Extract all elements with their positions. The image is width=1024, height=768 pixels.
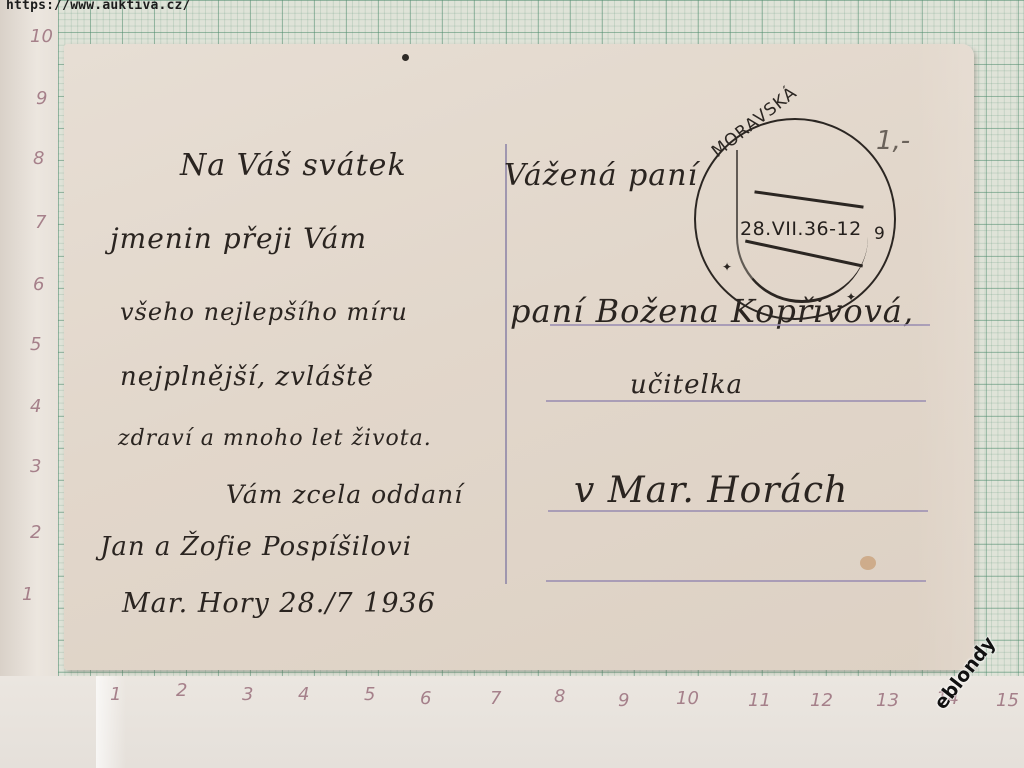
ruler-number: 9 bbox=[36, 88, 47, 109]
address-line bbox=[546, 400, 926, 402]
ruler-number: 3 bbox=[30, 456, 41, 477]
ruler-number: 8 bbox=[33, 148, 44, 169]
message-line: všeho nejlepšího míru bbox=[120, 298, 408, 326]
ruler-number: 2 bbox=[176, 680, 187, 701]
backing-sheet-bottom bbox=[0, 676, 1024, 768]
message-line: Na Váš svátek bbox=[180, 148, 407, 183]
ruler-number: 7 bbox=[35, 212, 46, 233]
ruler-number: 10 bbox=[676, 688, 699, 709]
ruler-number: 9 bbox=[618, 690, 629, 711]
star-icon: ✦ bbox=[722, 260, 732, 274]
ruler-number: 13 bbox=[876, 690, 899, 711]
address-salutation: Vážená paní bbox=[504, 158, 698, 193]
address-town: v Mar. Horách bbox=[574, 470, 848, 511]
postcard: Na Váš svátek jmenin přeji Vám všeho nej… bbox=[64, 44, 974, 670]
ruler-number: 6 bbox=[420, 688, 431, 709]
signature-greeting: Vám zcela oddaní bbox=[226, 480, 463, 509]
pin-hole bbox=[402, 54, 409, 61]
backing-sheet-left bbox=[0, 0, 62, 768]
ruler-number: 7 bbox=[490, 688, 501, 709]
stain-mark bbox=[860, 556, 876, 570]
address-line bbox=[548, 510, 928, 512]
message-line: nejplnější, zvláště bbox=[120, 362, 374, 392]
message-line: jmenin přeji Vám bbox=[110, 222, 367, 255]
postmark-date: 28.VII.36-12 bbox=[740, 218, 862, 240]
ruler-number: 4 bbox=[298, 684, 309, 705]
ruler-number: 10 bbox=[30, 26, 53, 47]
place-date: Mar. Hory 28./7 1936 bbox=[122, 588, 436, 619]
address-line bbox=[550, 324, 930, 326]
ruler-number: 5 bbox=[30, 334, 41, 355]
ruler-number: 2 bbox=[30, 522, 41, 543]
star-icon: ✦ bbox=[846, 290, 856, 304]
ruler-number: 12 bbox=[810, 690, 833, 711]
ruler-number: 8 bbox=[554, 686, 565, 707]
price-note: 1,- bbox=[876, 126, 910, 156]
center-divider bbox=[505, 144, 507, 584]
ruler-number: 5 bbox=[364, 684, 375, 705]
address-occupation: učitelka bbox=[630, 370, 743, 400]
ruler-number: 15 bbox=[996, 690, 1019, 711]
message-line: zdraví a mnoho let života. bbox=[118, 426, 432, 451]
ruler-number: 3 bbox=[242, 684, 253, 705]
ruler-number: 4 bbox=[30, 396, 41, 417]
postmark-suffix: 9 bbox=[874, 224, 885, 244]
ruler-number: 1 bbox=[22, 584, 33, 605]
postmark: MORAVSKÁ 28.VII.36-12 ✦ ✦ 9 bbox=[694, 118, 896, 320]
address-line bbox=[546, 580, 926, 582]
source-url: https://www.auktiva.cz/ bbox=[6, 0, 191, 13]
signature-names: Jan a Žofie Pospíšilovi bbox=[100, 532, 412, 562]
ruler-number: 1 bbox=[110, 684, 121, 705]
ruler-number: 11 bbox=[748, 690, 771, 711]
ruler-number: 6 bbox=[33, 274, 44, 295]
